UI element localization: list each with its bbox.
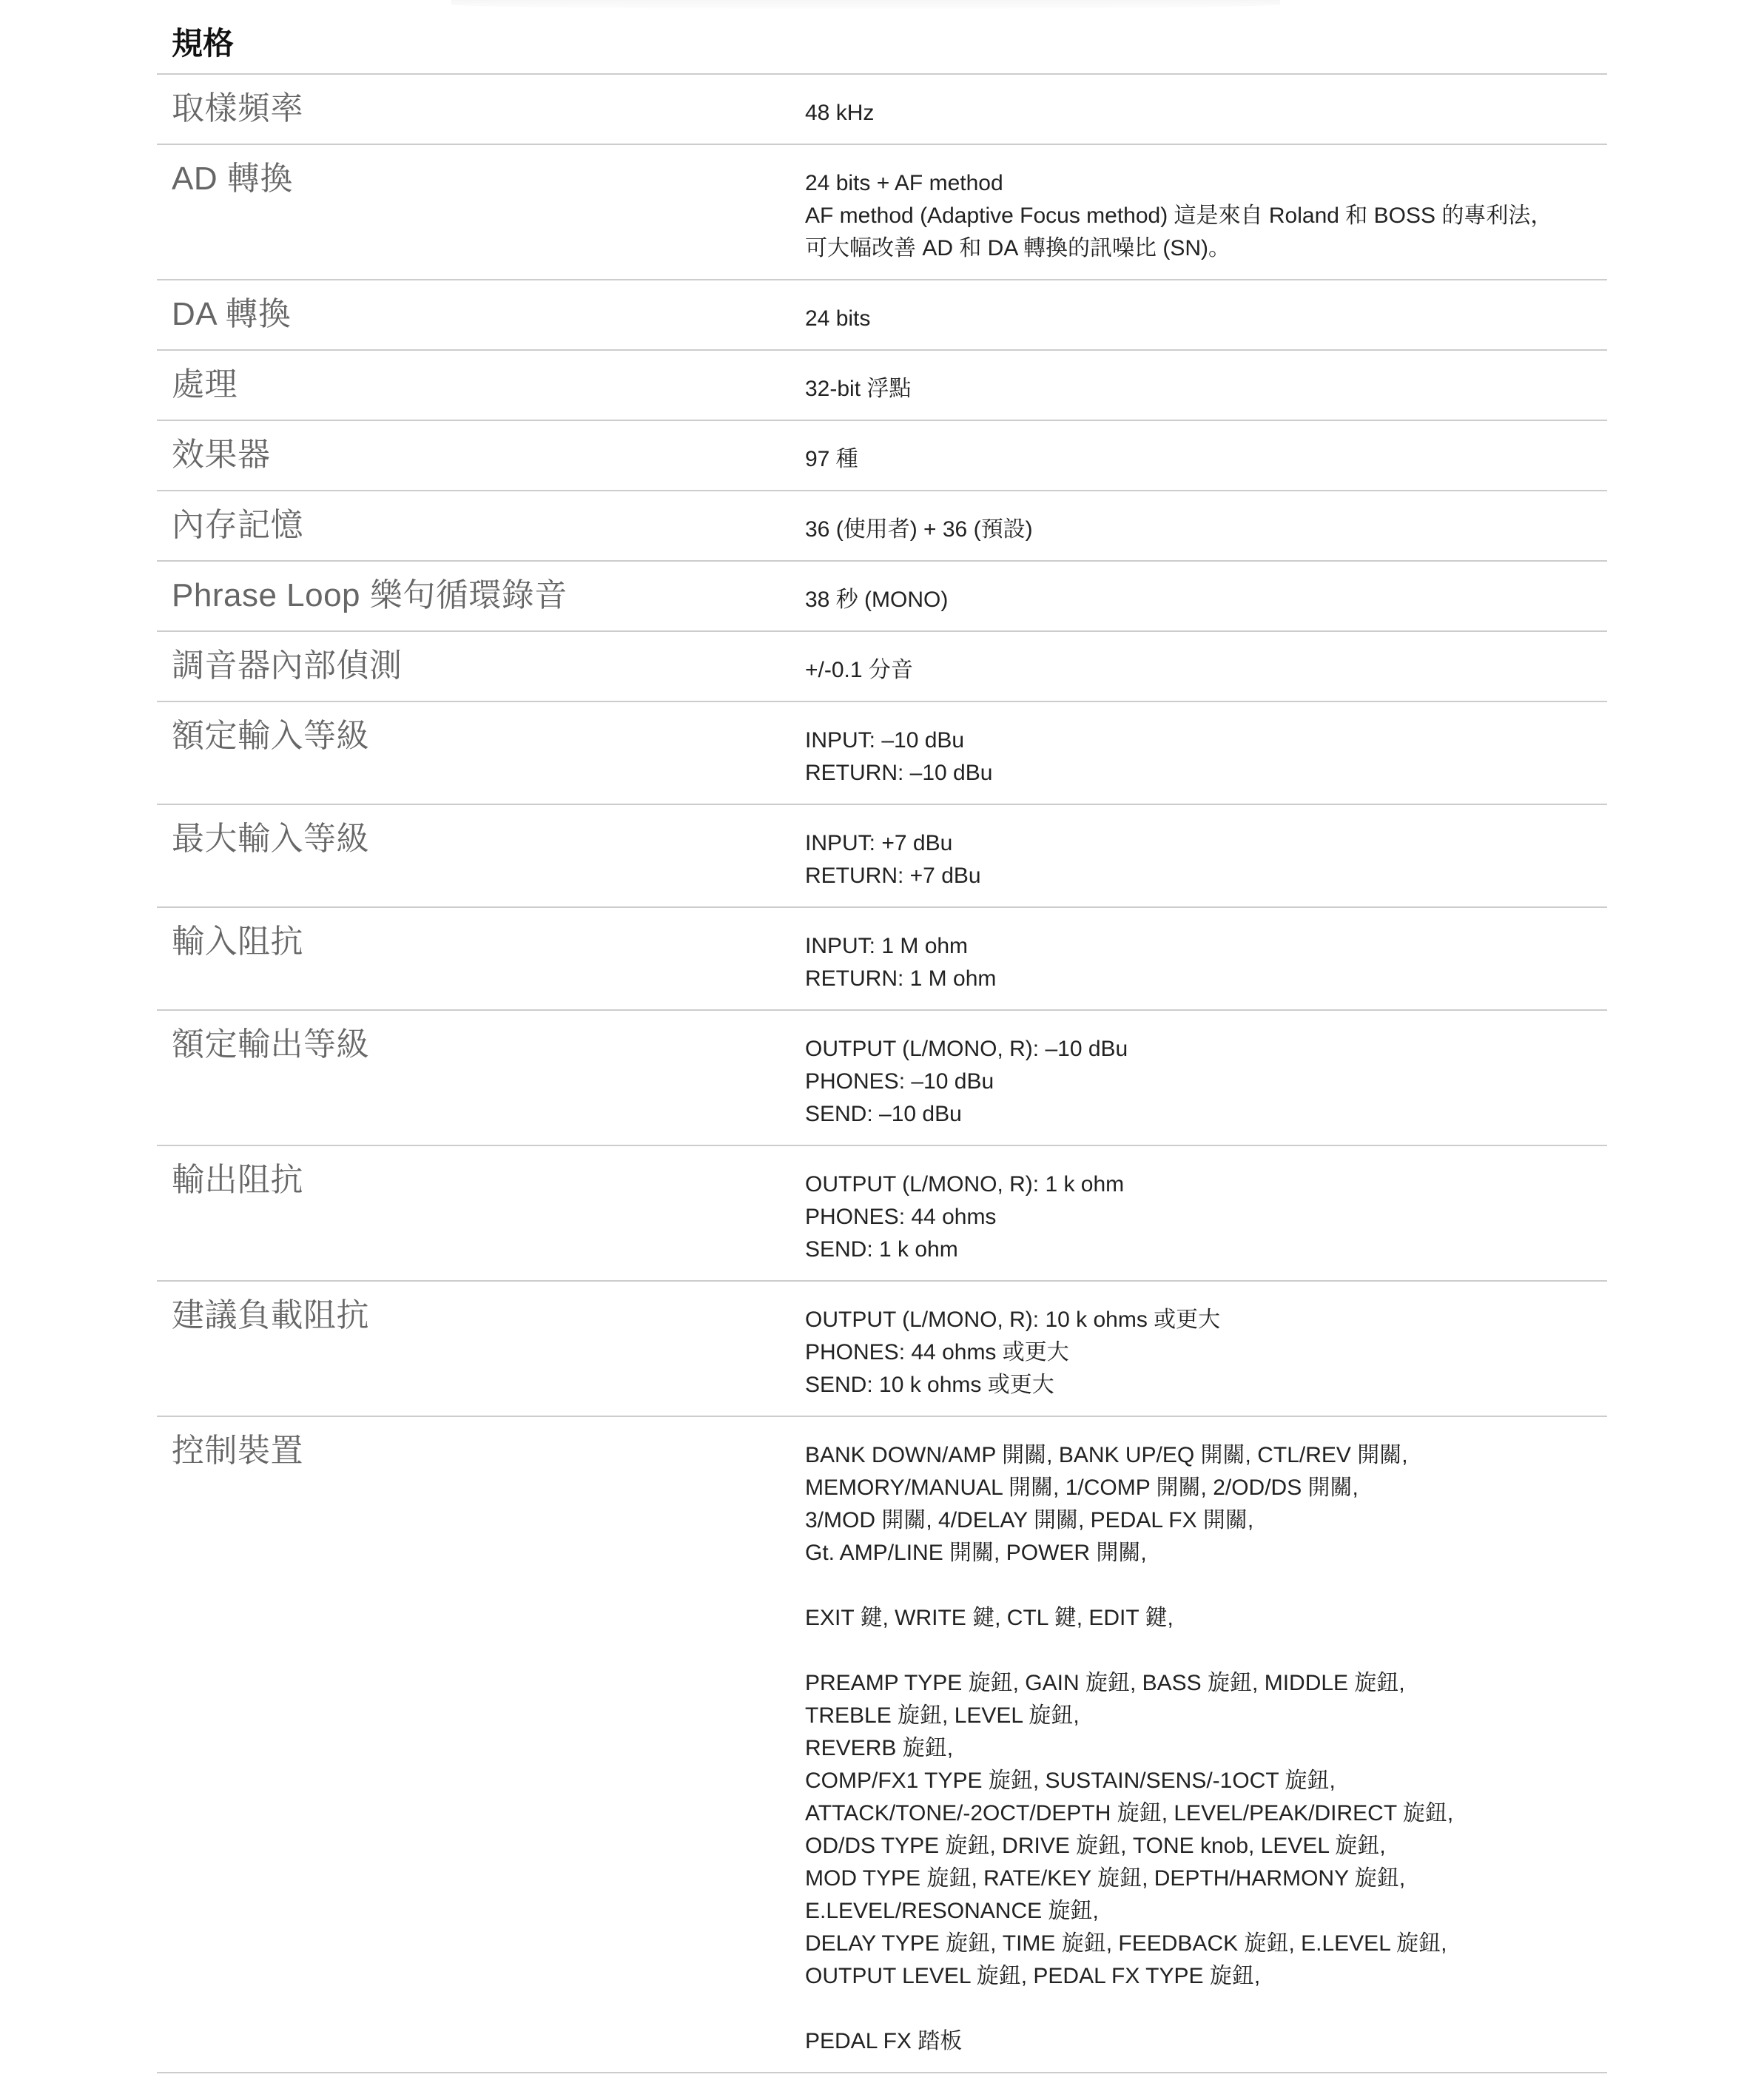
spec-row: 控制裝置BANK DOWN/AMP 開關, BANK UP/EQ 開關, CTL… bbox=[157, 1417, 1607, 2073]
spec-value-line: OUTPUT LEVEL 旋鈕, PEDAL FX TYPE 旋鈕, bbox=[805, 1960, 1607, 1993]
spec-label: 輸入阻抗 bbox=[157, 908, 805, 1009]
spec-value-line: SEND: 1 k ohm bbox=[805, 1234, 1607, 1266]
spec-value: 24 bits bbox=[805, 280, 1607, 349]
spec-label: 建議負載阻抗 bbox=[157, 1282, 805, 1416]
spec-row: 輸出阻抗OUTPUT (L/MONO, R): 1 k ohmPHONES: 4… bbox=[157, 1146, 1607, 1282]
spec-value-line: DELAY TYPE 旋鈕, TIME 旋鈕, FEEDBACK 旋鈕, E.L… bbox=[805, 1928, 1607, 1960]
spec-label: 輸出阻抗 bbox=[157, 1146, 805, 1280]
spec-value-line: Gt. AMP/LINE 開關, POWER 開關, bbox=[805, 1537, 1607, 1569]
spec-value-line: INPUT: 1 M ohm bbox=[805, 930, 1607, 963]
spec-value: INPUT: 1 M ohmRETURN: 1 M ohm bbox=[805, 908, 1607, 1009]
spec-row: 內存記憶36 (使用者) + 36 (預設) bbox=[157, 491, 1607, 562]
spec-value-line: MOD TYPE 旋鈕, RATE/KEY 旋鈕, DEPTH/HARMONY … bbox=[805, 1862, 1607, 1895]
spec-value-line bbox=[805, 1635, 1607, 1667]
spec-value: 32-bit 浮點 bbox=[805, 351, 1607, 420]
spec-row: DA 轉換24 bits bbox=[157, 280, 1607, 351]
spec-row: 建議負載阻抗OUTPUT (L/MONO, R): 10 k ohms 或更大P… bbox=[157, 1282, 1607, 1417]
spec-row: 最大輸入等級INPUT: +7 dBuRETURN: +7 dBu bbox=[157, 805, 1607, 908]
spec-row: 額定輸出等級OUTPUT (L/MONO, R): –10 dBuPHONES:… bbox=[157, 1011, 1607, 1146]
spec-label: 取樣頻率 bbox=[157, 75, 805, 144]
spec-value-line bbox=[805, 1993, 1607, 2025]
spec-value-line: OUTPUT (L/MONO, R): –10 dBu bbox=[805, 1033, 1607, 1066]
spec-value-line: PREAMP TYPE 旋鈕, GAIN 旋鈕, BASS 旋鈕, MIDDLE… bbox=[805, 1667, 1607, 1700]
spec-table: 取樣頻率48 kHzAD 轉換24 bits + AF methodAF met… bbox=[157, 75, 1607, 2073]
spec-value-line: BANK DOWN/AMP 開關, BANK UP/EQ 開關, CTL/REV… bbox=[805, 1439, 1607, 1472]
spec-value-line: OD/DS TYPE 旋鈕, DRIVE 旋鈕, TONE knob, LEVE… bbox=[805, 1830, 1607, 1862]
spec-value-line: OUTPUT (L/MONO, R): 10 k ohms 或更大 bbox=[805, 1304, 1607, 1336]
spec-value-line: PHONES: 44 ohms 或更大 bbox=[805, 1336, 1607, 1369]
spec-value-line: RETURN: 1 M ohm bbox=[805, 963, 1607, 995]
spec-value-line: 38 秒 (MONO) bbox=[805, 584, 1607, 616]
spec-row: Phrase Loop 樂句循環錄音38 秒 (MONO) bbox=[157, 562, 1607, 632]
spec-value-line: PHONES: –10 dBu bbox=[805, 1066, 1607, 1098]
spec-value-line: 24 bits + AF method bbox=[805, 167, 1607, 200]
spec-label: 額定輸入等級 bbox=[157, 702, 805, 804]
spec-value-line: +/-0.1 分音 bbox=[805, 654, 1607, 687]
spec-label: 內存記憶 bbox=[157, 491, 805, 560]
spec-value: INPUT: –10 dBuRETURN: –10 dBu bbox=[805, 702, 1607, 804]
spec-value-line: 36 (使用者) + 36 (預設) bbox=[805, 514, 1607, 546]
spec-value: 48 kHz bbox=[805, 75, 1607, 144]
spec-value-line: 24 bits bbox=[805, 303, 1607, 335]
spec-value: 36 (使用者) + 36 (預設) bbox=[805, 491, 1607, 560]
spec-row: AD 轉換24 bits + AF methodAF method (Adapt… bbox=[157, 145, 1607, 280]
spec-value: 97 種 bbox=[805, 421, 1607, 490]
spec-row: 調音器內部偵測+/-0.1 分音 bbox=[157, 632, 1607, 702]
spec-label: Phrase Loop 樂句循環錄音 bbox=[157, 562, 805, 630]
spec-value-line: 32-bit 浮點 bbox=[805, 373, 1607, 406]
spec-value: 24 bits + AF methodAF method (Adaptive F… bbox=[805, 145, 1607, 279]
spec-value: OUTPUT (L/MONO, R): 1 k ohmPHONES: 44 oh… bbox=[805, 1146, 1607, 1280]
spec-value-line: TREBLE 旋鈕, LEVEL 旋鈕, bbox=[805, 1700, 1607, 1732]
specifications-section: 規格 取樣頻率48 kHzAD 轉換24 bits + AF methodAF … bbox=[157, 0, 1607, 2073]
spec-row: 效果器97 種 bbox=[157, 421, 1607, 491]
spec-value-line bbox=[805, 1569, 1607, 1602]
spec-value-line: 可大幅改善 AD 和 DA 轉換的訊噪比 (SN)。 bbox=[805, 232, 1607, 265]
spec-value-line: REVERB 旋鈕, bbox=[805, 1732, 1607, 1765]
spec-value: INPUT: +7 dBuRETURN: +7 dBu bbox=[805, 805, 1607, 906]
spec-value-line: INPUT: –10 dBu bbox=[805, 724, 1607, 757]
spec-row: 取樣頻率48 kHz bbox=[157, 75, 1607, 145]
spec-label: 控制裝置 bbox=[157, 1417, 805, 2072]
spec-value-line: RETURN: +7 dBu bbox=[805, 860, 1607, 892]
spec-label: 效果器 bbox=[157, 421, 805, 490]
spec-label: DA 轉換 bbox=[157, 280, 805, 349]
spec-row: 輸入阻抗INPUT: 1 M ohmRETURN: 1 M ohm bbox=[157, 908, 1607, 1011]
section-title: 規格 bbox=[157, 0, 1607, 75]
spec-value-line: E.LEVEL/RESONANCE 旋鈕, bbox=[805, 1895, 1607, 1928]
spec-value-line: EXIT 鍵, WRITE 鍵, CTL 鍵, EDIT 鍵, bbox=[805, 1602, 1607, 1635]
spec-value: 38 秒 (MONO) bbox=[805, 562, 1607, 630]
spec-value-line: INPUT: +7 dBu bbox=[805, 827, 1607, 860]
spec-value-line: RETURN: –10 dBu bbox=[805, 757, 1607, 790]
spec-value-line: SEND: 10 k ohms 或更大 bbox=[805, 1369, 1607, 1401]
spec-value-line: COMP/FX1 TYPE 旋鈕, SUSTAIN/SENS/-1OCT 旋鈕, bbox=[805, 1765, 1607, 1797]
spec-value-line: AF method (Adaptive Focus method) 這是來自 R… bbox=[805, 200, 1607, 232]
spec-value-line: PHONES: 44 ohms bbox=[805, 1201, 1607, 1234]
spec-label: 調音器內部偵測 bbox=[157, 632, 805, 701]
spec-row: 額定輸入等級INPUT: –10 dBuRETURN: –10 dBu bbox=[157, 702, 1607, 805]
spec-row: 處理32-bit 浮點 bbox=[157, 351, 1607, 421]
spec-value-line: ATTACK/TONE/-2OCT/DEPTH 旋鈕, LEVEL/PEAK/D… bbox=[805, 1797, 1607, 1830]
spec-value-line: SEND: –10 dBu bbox=[805, 1098, 1607, 1131]
spec-value-line: MEMORY/MANUAL 開關, 1/COMP 開關, 2/OD/DS 開關, bbox=[805, 1472, 1607, 1504]
spec-label: 最大輸入等級 bbox=[157, 805, 805, 906]
spec-value: BANK DOWN/AMP 開關, BANK UP/EQ 開關, CTL/REV… bbox=[805, 1417, 1607, 2072]
spec-value-line: 3/MOD 開關, 4/DELAY 開關, PEDAL FX 開關, bbox=[805, 1504, 1607, 1537]
spec-label: AD 轉換 bbox=[157, 145, 805, 279]
spec-value: OUTPUT (L/MONO, R): 10 k ohms 或更大PHONES:… bbox=[805, 1282, 1607, 1416]
spec-value-line: 97 種 bbox=[805, 443, 1607, 476]
spec-value: OUTPUT (L/MONO, R): –10 dBuPHONES: –10 d… bbox=[805, 1011, 1607, 1145]
spec-value-line: 48 kHz bbox=[805, 97, 1607, 129]
spec-value: +/-0.1 分音 bbox=[805, 632, 1607, 701]
spec-value-line: OUTPUT (L/MONO, R): 1 k ohm bbox=[805, 1168, 1607, 1201]
spec-value-line: PEDAL FX 踏板 bbox=[805, 2025, 1607, 2058]
spec-label: 處理 bbox=[157, 351, 805, 420]
spec-label: 額定輸出等級 bbox=[157, 1011, 805, 1145]
